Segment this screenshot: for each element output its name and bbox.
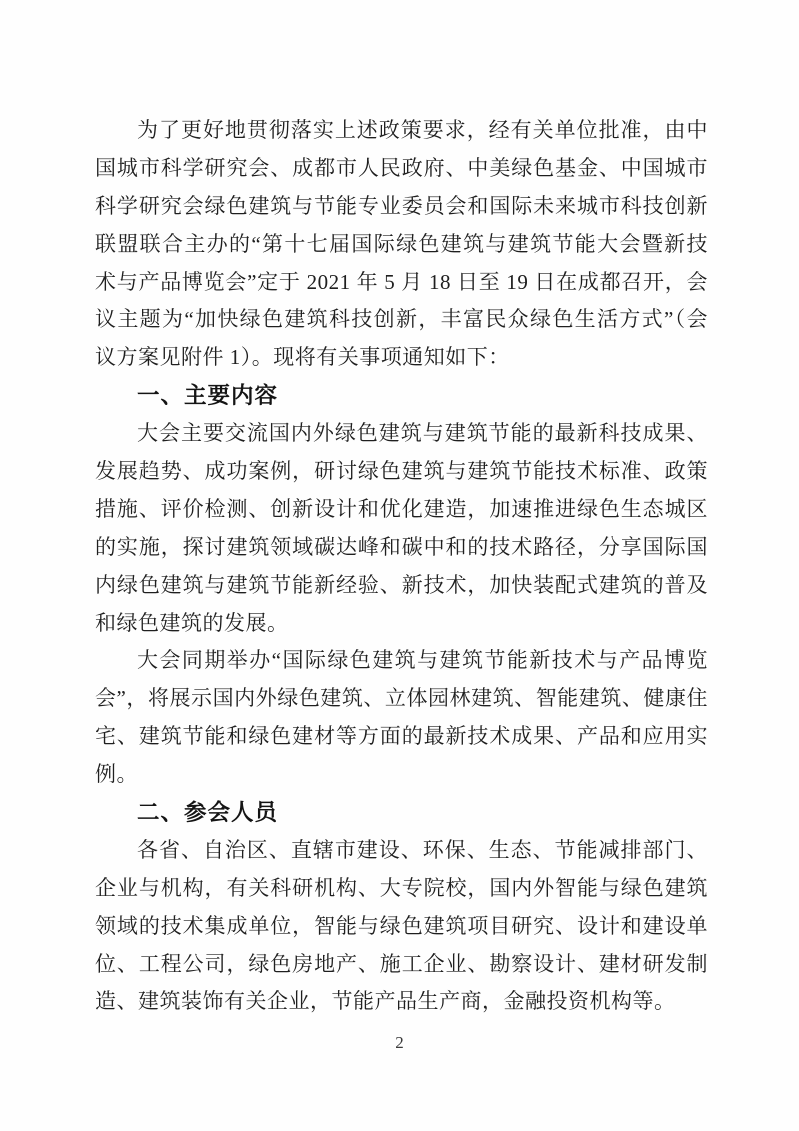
section-heading-participants: 二、参会人员 — [95, 794, 708, 832]
section-heading-main-content: 一、主要内容 — [95, 377, 708, 415]
text-line: 内绿色建筑与建筑节能新经验、新技术，加快装配式建筑的普及 — [95, 567, 708, 605]
text-line: 宅、建筑节能和绿色建材等方面的最新技术成果、产品和应用实 — [95, 718, 708, 756]
text-line: 大会主要交流国内外绿色建筑与建筑节能的最新科技成果、 — [95, 415, 708, 453]
paragraph-conference-topics: 大会主要交流国内外绿色建筑与建筑节能的最新科技成果、 发展趋势、成功案例，研讨绿… — [95, 415, 708, 642]
text-line: 议主题为“加快绿色建筑科技创新，丰富民众绿色生活方式”（会 — [95, 301, 708, 339]
text-line: 会”，将展示国内外绿色建筑、立体园林建筑、智能建筑、健康住 — [95, 680, 708, 718]
paragraph-intro: 为了更好地贯彻落实上述政策要求，经有关单位批准，由中 国城市科学研究会、成都市人… — [95, 112, 708, 377]
text-line: 科学研究会绿色建筑与节能专业委员会和国际未来城市科技创新 — [95, 188, 708, 226]
page-number: 2 — [0, 1033, 799, 1053]
text-line: 例。 — [95, 756, 708, 794]
text-line: 各省、自治区、直辖市建设、环保、生态、节能减排部门、 — [95, 832, 708, 870]
paragraph-expo: 大会同期举办“国际绿色建筑与建筑节能新技术与产品博览 会”，将展示国内外绿色建筑… — [95, 642, 708, 794]
text-line: 国城市科学研究会、成都市人民政府、中美绿色基金、中国城市 — [95, 150, 708, 188]
text-line: 为了更好地贯彻落实上述政策要求，经有关单位批准，由中 — [95, 112, 708, 150]
text-line: 企业与机构，有关科研机构、大专院校，国内外智能与绿色建筑 — [95, 870, 708, 908]
text-line: 议方案见附件 1）。现将有关事项通知如下： — [95, 339, 708, 377]
text-line: 术与产品博览会”定于 2021 年 5 月 18 日至 19 日在成都召开，会 — [95, 264, 708, 302]
text-line: 造、建筑装饰有关企业，节能产品生产商，金融投资机构等。 — [95, 983, 708, 1021]
text-line: 领域的技术集成单位，智能与绿色建筑项目研究、设计和建设单 — [95, 908, 708, 946]
text-line: 发展趋势、成功案例，研讨绿色建筑与建筑节能技术标准、政策 — [95, 453, 708, 491]
document-body: 为了更好地贯彻落实上述政策要求，经有关单位批准，由中 国城市科学研究会、成都市人… — [95, 112, 708, 1021]
paragraph-participants: 各省、自治区、直辖市建设、环保、生态、节能减排部门、 企业与机构，有关科研机构、… — [95, 832, 708, 1021]
text-line: 大会同期举办“国际绿色建筑与建筑节能新技术与产品博览 — [95, 642, 708, 680]
text-line: 和绿色建筑的发展。 — [95, 605, 708, 643]
document-page: 为了更好地贯彻落实上述政策要求，经有关单位批准，由中 国城市科学研究会、成都市人… — [0, 0, 799, 1131]
text-line: 联盟联合主办的“第十七届国际绿色建筑与建筑节能大会暨新技 — [95, 226, 708, 264]
text-line: 措施、评价检测、创新设计和优化建造，加速推进绿色生态城区 — [95, 491, 708, 529]
text-line: 位、工程公司，绿色房地产、施工企业、勘察设计、建材研发制 — [95, 946, 708, 984]
text-line: 的实施，探讨建筑领域碳达峰和碳中和的技术路径，分享国际国 — [95, 529, 708, 567]
